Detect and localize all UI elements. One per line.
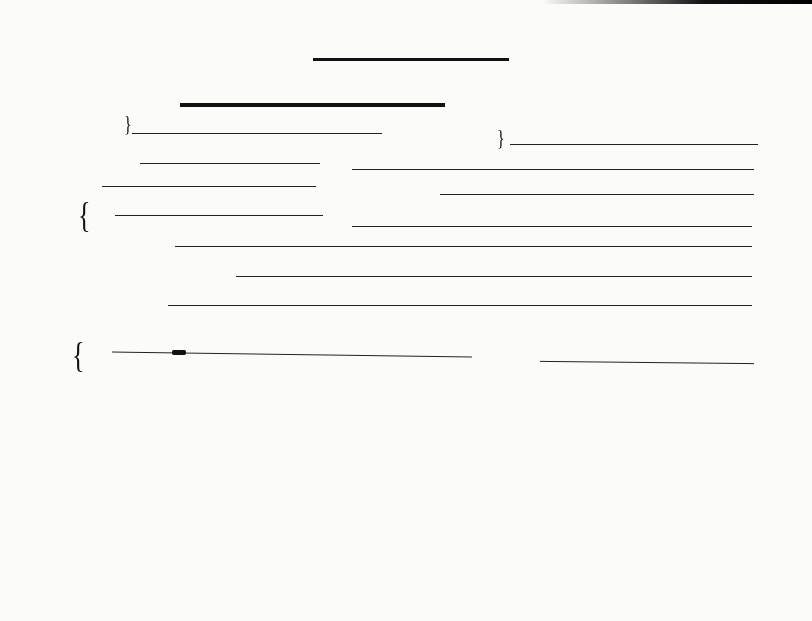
rank-line xyxy=(352,169,754,170)
burial-place-blank xyxy=(172,350,186,355)
burial-brace: { xyxy=(72,342,84,370)
burial-place-line xyxy=(112,351,472,357)
regiment-line xyxy=(132,133,382,134)
regiment-brace: } xyxy=(124,112,132,140)
nature-line xyxy=(236,276,752,277)
surname-line xyxy=(102,186,316,187)
died-brace: { xyxy=(78,202,90,230)
burial-date-line xyxy=(540,361,754,365)
date-line xyxy=(115,215,323,216)
squadron-line xyxy=(510,144,758,145)
squadron-brace: } xyxy=(497,126,505,154)
scan-edge-shadow xyxy=(542,0,812,4)
regimental-no-line xyxy=(140,163,320,164)
intro-divider xyxy=(180,103,445,107)
by-whom-line xyxy=(168,305,752,306)
place-line xyxy=(352,226,752,227)
cause-line xyxy=(175,246,752,247)
christian-names-line xyxy=(440,194,754,195)
title-underline xyxy=(313,58,509,61)
